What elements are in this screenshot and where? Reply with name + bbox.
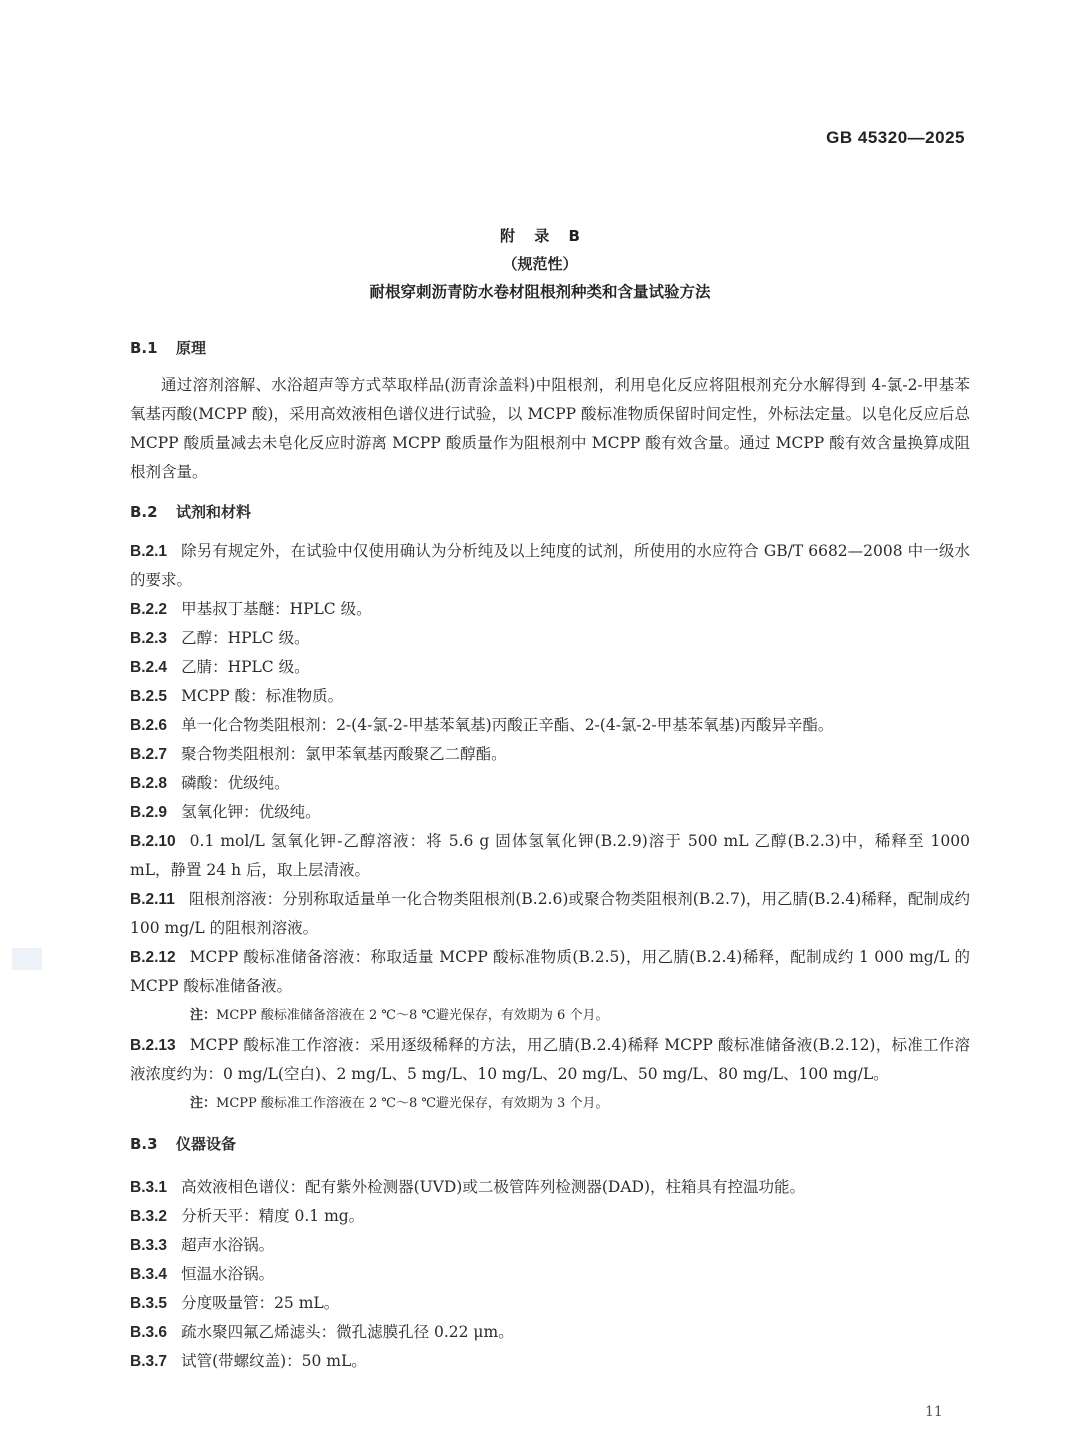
list-item-b2-9: B.2.9氢氧化钾：优级纯。 <box>130 798 970 827</box>
list-item-b2-13: B.2.13MCPP 酸标准工作溶液：采用逐级稀释的方法，用乙腈(B.2.4)稀… <box>130 1031 970 1089</box>
annex-title-block: 附 录 B （规范性） 耐根穿刺沥青防水卷材阻根剂种类和含量试验方法 <box>0 222 1080 306</box>
section-heading-b3: B.3仪器设备 <box>130 1129 970 1159</box>
item-number: B.2.4 <box>130 659 167 676</box>
list-item-b2-1: B.2.1除另有规定外，在试验中仅使用确认为分析纯及以上纯度的试剂，所使用的水应… <box>130 537 970 595</box>
list-item-b3-6: B.3.6疏水聚四氟乙烯滤头：微孔滤膜孔径 0.22 μm。 <box>130 1318 970 1347</box>
item-text: 超声水浴锅。 <box>181 1236 274 1254</box>
item-number: B.2.2 <box>130 601 167 618</box>
list-item-b3-5: B.3.5分度吸量管：25 mL。 <box>130 1289 970 1318</box>
item-number: B.2.1 <box>130 543 167 560</box>
item-number: B.2.8 <box>130 775 167 792</box>
item-number: B.2.10 <box>130 833 176 850</box>
page-number: 11 <box>925 1404 943 1420</box>
watermark-logo-icon <box>12 948 42 970</box>
item-text: 单一化合物类阻根剂：2-(4-氯-2-甲基苯氧基)丙酸正辛酯、2-(4-氯-2-… <box>181 716 833 734</box>
item-number: B.2.9 <box>130 804 167 821</box>
item-text: 甲基叔丁基醚：HPLC 级。 <box>181 600 372 618</box>
item-text: 疏水聚四氟乙烯滤头：微孔滤膜孔径 0.22 μm。 <box>181 1323 514 1341</box>
item-number: B.2.3 <box>130 630 167 647</box>
item-text: 除另有规定外，在试验中仅使用确认为分析纯及以上纯度的试剂，所使用的水应符合 GB… <box>130 542 970 589</box>
item-text: 乙腈：HPLC 级。 <box>181 658 310 676</box>
item-text: 乙醇：HPLC 级。 <box>181 629 310 647</box>
item-number: B.2.12 <box>130 949 176 966</box>
section-number: B.2 <box>130 497 176 527</box>
list-item-b2-12: B.2.12MCPP 酸标准储备溶液：称取适量 MCPP 酸标准物质(B.2.5… <box>130 943 970 1001</box>
item-number: B.2.7 <box>130 746 167 763</box>
item-number: B.3.4 <box>130 1266 167 1283</box>
list-item-b2-8: B.2.8磷酸：优级纯。 <box>130 769 970 798</box>
item-number: B.2.6 <box>130 717 167 734</box>
section-number: B.3 <box>130 1129 176 1159</box>
section-title: 试剂和材料 <box>176 503 251 521</box>
list-item-b2-5: B.2.5MCPP 酸：标准物质。 <box>130 682 970 711</box>
principle-paragraph: 通过溶剂溶解、水浴超声等方式萃取样品(沥青涂盖料)中阻根剂，利用皂化反应将阻根剂… <box>130 371 970 487</box>
list-item-b3-3: B.3.3超声水浴锅。 <box>130 1231 970 1260</box>
item-text: 磷酸：优级纯。 <box>181 774 290 792</box>
item-text: MCPP 酸标准储备溶液：称取适量 MCPP 酸标准物质(B.2.5)，用乙腈(… <box>130 948 970 995</box>
section-title: 原理 <box>176 339 206 357</box>
note-storage-stock: 注：MCPP 酸标准储备溶液在 2 ℃～8 ℃避光保存，有效期为 6 个月。 <box>130 1001 970 1031</box>
standard-number: GB 45320—2025 <box>826 128 965 148</box>
annex-label: 附 录 B <box>0 222 1080 250</box>
list-item-b2-6: B.2.6单一化合物类阻根剂：2-(4-氯-2-甲基苯氧基)丙酸正辛酯、2-(4… <box>130 711 970 740</box>
item-text: 0.1 mol/L 氢氧化钾-乙醇溶液：将 5.6 g 固体氢氧化钾(B.2.9… <box>130 832 970 879</box>
list-item-b3-1: B.3.1高效液相色谱仪：配有紫外检测器(UVD)或二极管阵列检测器(DAD)，… <box>130 1173 970 1202</box>
list-item-b3-7: B.3.7试管(带螺纹盖)：50 mL。 <box>130 1347 970 1376</box>
item-text: 分度吸量管：25 mL。 <box>181 1294 339 1312</box>
note-storage-working: 注：MCPP 酸标准工作溶液在 2 ℃～8 ℃避光保存，有效期为 3 个月。 <box>130 1089 970 1119</box>
item-text: 阻根剂溶液：分别称取适量单一化合物类阻根剂(B.2.6)或聚合物类阻根剂(B.2… <box>130 890 970 937</box>
item-number: B.3.1 <box>130 1179 167 1196</box>
list-item-b2-2: B.2.2甲基叔丁基醚：HPLC 级。 <box>130 595 970 624</box>
item-text: MCPP 酸：标准物质。 <box>181 687 343 705</box>
document-body: B.1原理 通过溶剂溶解、水浴超声等方式萃取样品(沥青涂盖料)中阻根剂，利用皂化… <box>130 333 970 1376</box>
section-number: B.1 <box>130 333 176 363</box>
item-text: 分析天平：精度 0.1 mg。 <box>181 1207 364 1225</box>
list-item-b2-10: B.2.100.1 mol/L 氢氧化钾-乙醇溶液：将 5.6 g 固体氢氧化钾… <box>130 827 970 885</box>
item-number: B.3.7 <box>130 1353 167 1370</box>
item-text: 恒温水浴锅。 <box>181 1265 274 1283</box>
item-number: B.3.5 <box>130 1295 167 1312</box>
item-text: 试管(带螺纹盖)：50 mL。 <box>181 1352 367 1370</box>
section-heading-b1: B.1原理 <box>130 333 970 363</box>
item-number: B.2.13 <box>130 1037 176 1054</box>
item-text: MCPP 酸标准工作溶液：采用逐级稀释的方法，用乙腈(B.2.4)稀释 MCPP… <box>130 1036 970 1083</box>
list-item-b2-11: B.2.11阻根剂溶液：分别称取适量单一化合物类阻根剂(B.2.6)或聚合物类阻… <box>130 885 970 943</box>
list-item-b3-2: B.3.2分析天平：精度 0.1 mg。 <box>130 1202 970 1231</box>
item-text: 聚合物类阻根剂：氯甲苯氧基丙酸聚乙二醇酯。 <box>181 745 507 763</box>
list-item-b2-7: B.2.7聚合物类阻根剂：氯甲苯氧基丙酸聚乙二醇酯。 <box>130 740 970 769</box>
note-text: MCPP 酸标准工作溶液在 2 ℃～8 ℃避光保存，有效期为 3 个月。 <box>216 1096 608 1111</box>
list-item-b3-4: B.3.4恒温水浴锅。 <box>130 1260 970 1289</box>
item-number: B.3.2 <box>130 1208 167 1225</box>
item-number: B.3.6 <box>130 1324 167 1341</box>
annex-normative-label: （规范性） <box>0 250 1080 278</box>
list-item-b2-3: B.2.3乙醇：HPLC 级。 <box>130 624 970 653</box>
annex-main-title: 耐根穿刺沥青防水卷材阻根剂种类和含量试验方法 <box>0 278 1080 306</box>
item-number: B.2.11 <box>130 891 175 908</box>
note-text: MCPP 酸标准储备溶液在 2 ℃～8 ℃避光保存，有效期为 6 个月。 <box>216 1008 608 1023</box>
item-number: B.2.5 <box>130 688 167 705</box>
item-text: 氢氧化钾：优级纯。 <box>181 803 321 821</box>
note-label: 注： <box>190 1008 216 1023</box>
item-number: B.3.3 <box>130 1237 167 1254</box>
section-heading-b2: B.2试剂和材料 <box>130 497 970 527</box>
section-title: 仪器设备 <box>176 1135 236 1153</box>
item-text: 高效液相色谱仪：配有紫外检测器(UVD)或二极管阵列检测器(DAD)，柱箱具有控… <box>181 1178 805 1196</box>
note-label: 注： <box>190 1096 216 1111</box>
list-item-b2-4: B.2.4乙腈：HPLC 级。 <box>130 653 970 682</box>
